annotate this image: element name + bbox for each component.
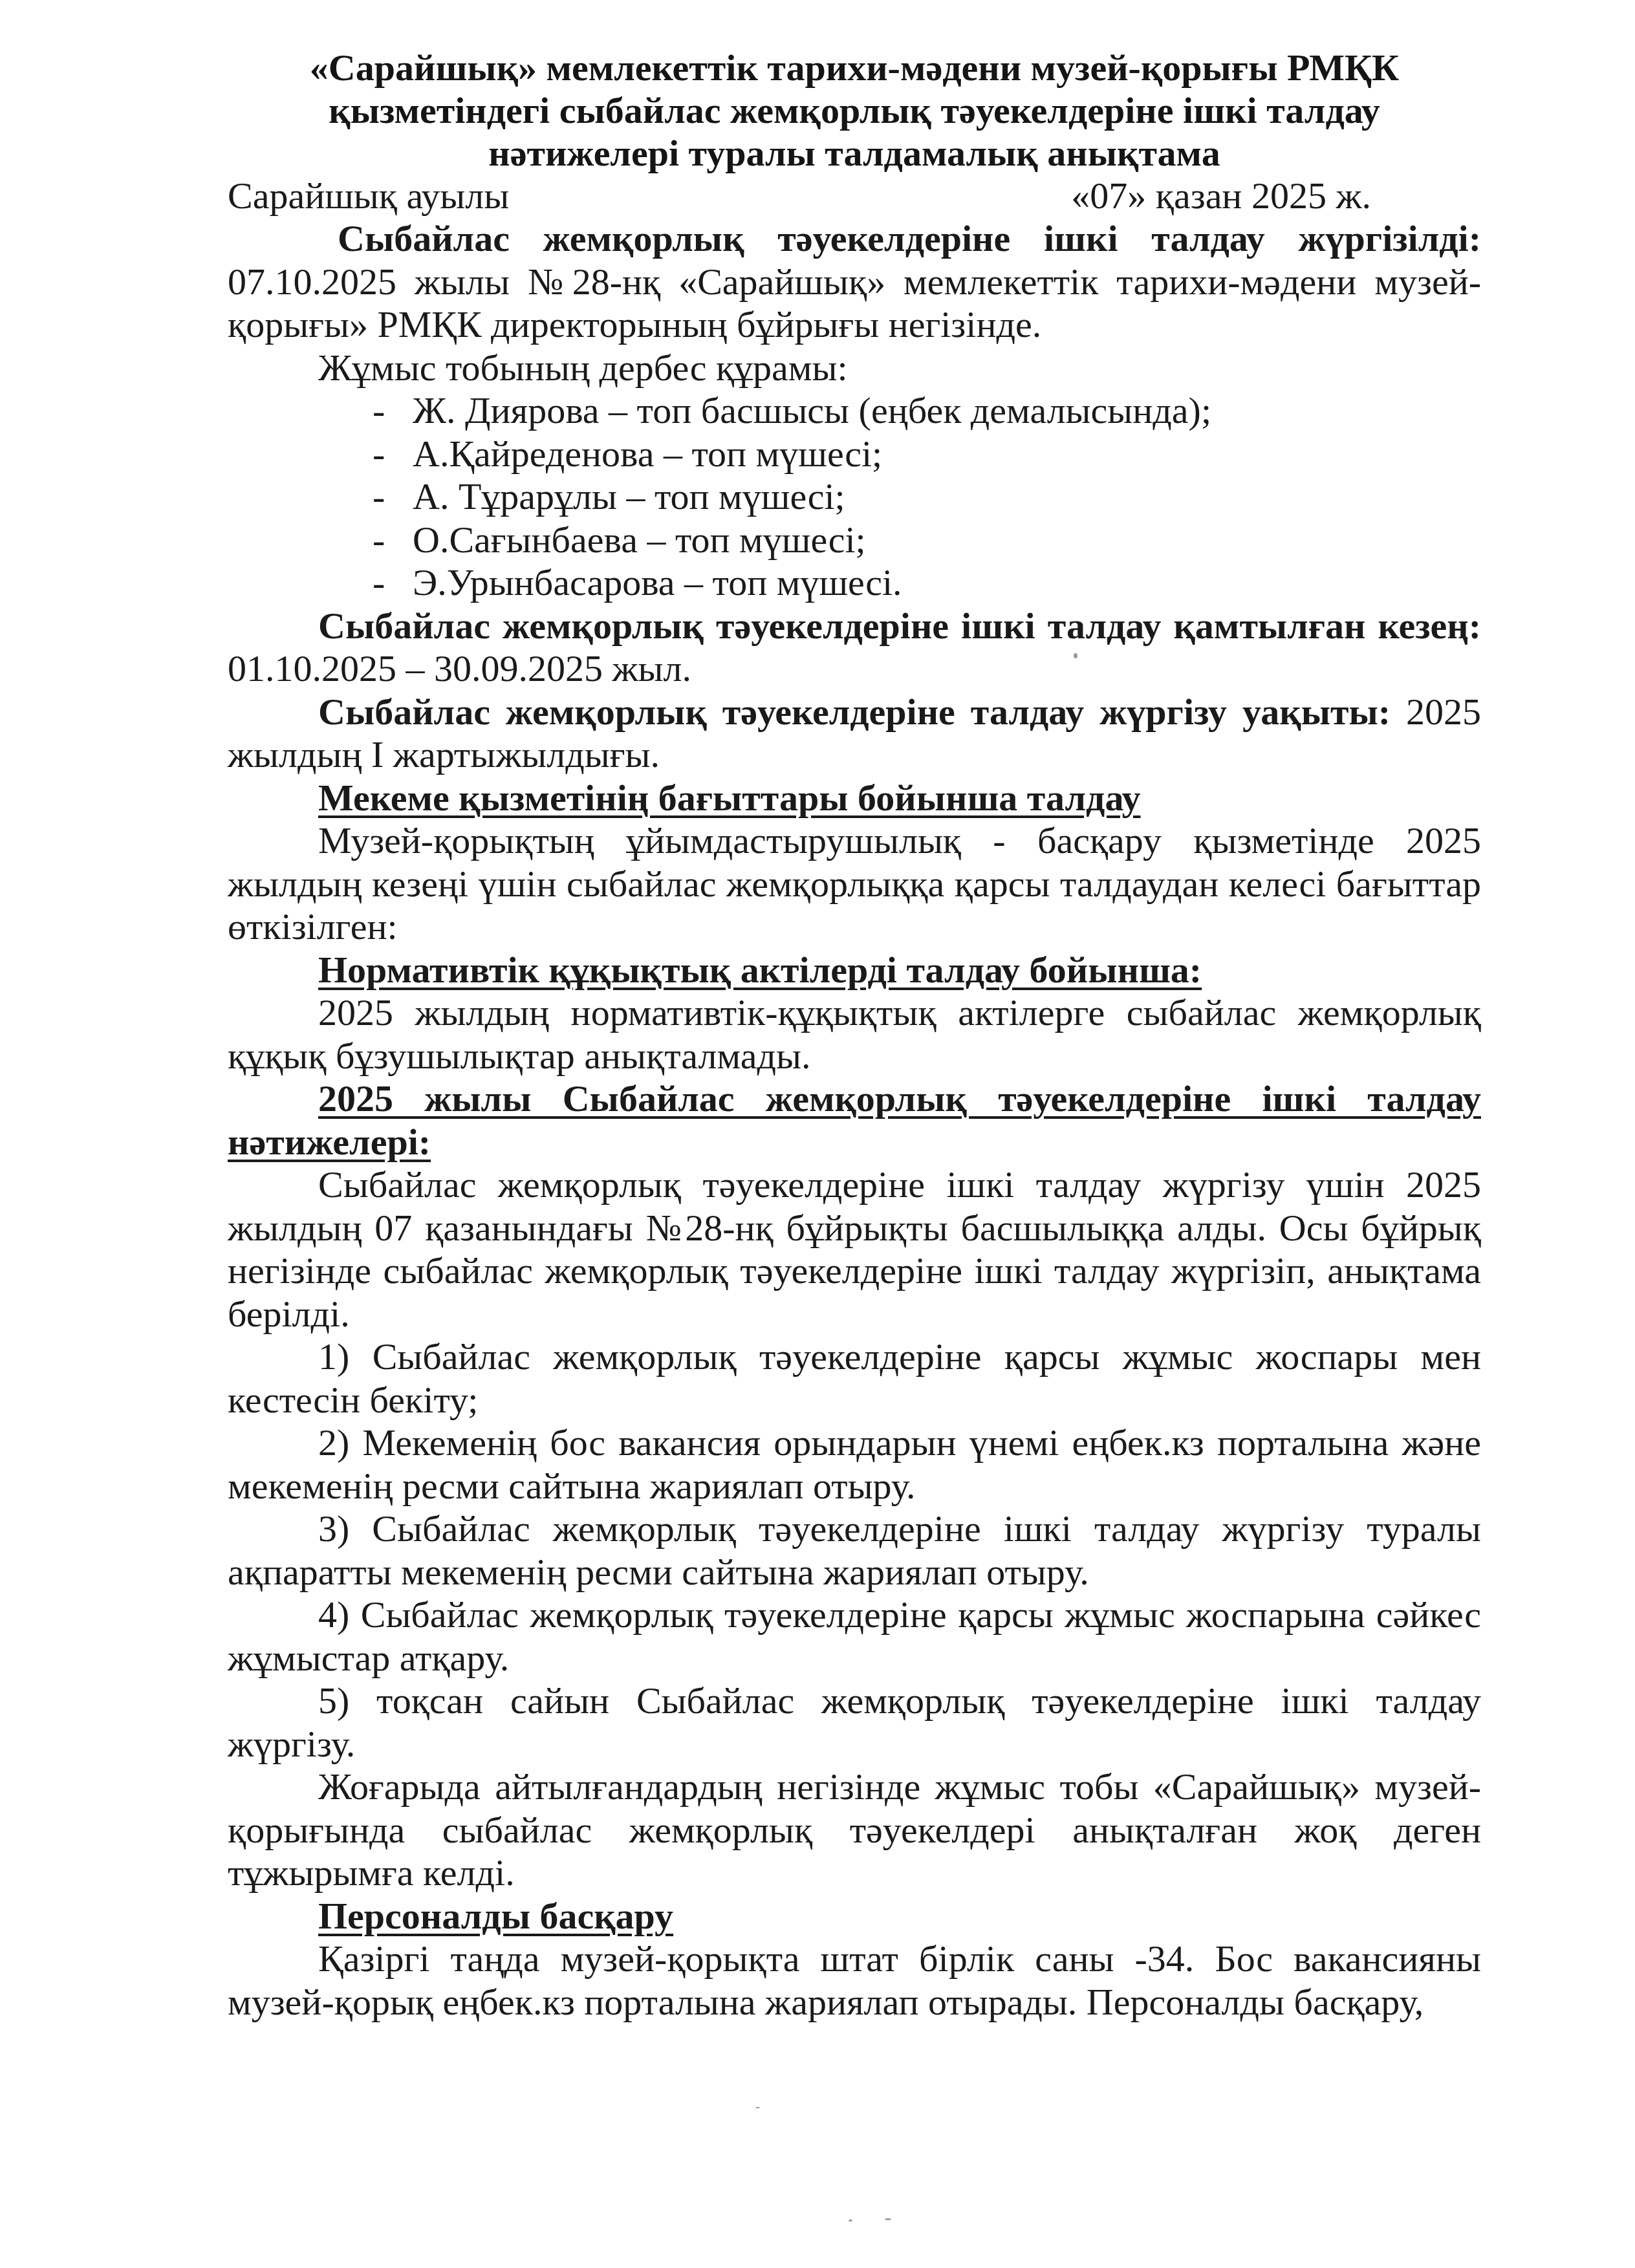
results-item: 5) тоқсан сайын Сыбайлас жемқорлық тәуек… [228,1679,1481,1766]
team-list: -Ж. Диярова – топ басшысы (еңбек демалыс… [228,389,1481,605]
results-item: 4) Сыбайлас жемқорлық тәуекелдеріне қарс… [228,1593,1481,1679]
results-item: 2) Мекеменің бос вакансия орындарын үнем… [228,1421,1481,1507]
scan-artifact [1074,653,1077,658]
bullet-dash: - [373,519,385,562]
period-paragraph: Сыбайлас жемқорлық тәуекелдеріне ішкі та… [228,605,1481,691]
results-heading: 2025 жылы Сыбайлас жемқорлық тәуекелдері… [228,1077,1481,1163]
conducted-text: 07.10.2025 жылы №28-нқ «Сарайшық» мемлек… [228,261,1481,346]
scan-artifact [849,2219,852,2221]
date: «07» қазан 2025 ж. [1071,175,1371,217]
conducted-label: Сыбайлас жемқорлық тәуекелдеріне ішкі та… [338,217,1481,259]
title-line: «Сарайшық» мемлекеттік тарихи-мәдени муз… [228,47,1481,89]
directions-heading: Мекеме қызметінің бағыттары бойынша талд… [228,777,1481,820]
results-item: 3) Сыбайлас жемқорлық тәуекелдеріне ішкі… [228,1507,1481,1593]
team-member: -О.Сағынбаева – топ мүшесі; [228,519,1481,562]
conducted-paragraph: Сыбайлас жемқорлық тәуекелдеріне ішкі та… [228,217,1481,347]
title-line: нәтижелері туралы талдамалық анықтама [228,132,1481,175]
document-page: «Сарайшық» мемлекеттік тарихи-мәдени муз… [228,47,1481,2024]
personnel-text: Қазіргі таңда музей-қорықта штат бірлік … [228,1938,1481,2024]
timing-paragraph: Сыбайлас жемқорлық тәуекелдеріне талдау … [228,691,1481,777]
place: Сарайшық ауылы [228,175,509,217]
scan-artifact [755,2107,760,2108]
bullet-dash: - [373,475,385,519]
conclusion-paragraph: Жоғарыда айтылғандардың негізінде жұмыс … [228,1766,1481,1895]
scan-artifact [885,2218,891,2220]
team-member: -Ж. Диярова – топ басшысы (еңбек демалыс… [228,389,1481,433]
team-member: -А. Тұрарұлы – топ мүшесі; [228,475,1481,519]
document-title: «Сарайшық» мемлекеттік тарихи-мәдени муз… [228,47,1481,175]
directions-text: Музей-қорықтың ұйымдастырушылық - басқар… [228,819,1481,949]
period-label: Сыбайлас жемқорлық тәуекелдеріне ішкі та… [318,605,1481,647]
team-label: Жұмыс тобының дербес құрамы: [228,347,1481,390]
team-member: -Э.Урынбасарова – топ мүшесі. [228,561,1481,605]
scan-artifact [395,1407,398,1410]
results-item: 1) Сыбайлас жемқорлық тәуекелдеріне қарс… [228,1335,1481,1421]
place-date-line: Сарайшық ауылы «07» қазан 2025 ж. [228,175,1481,217]
bullet-dash: - [373,389,385,433]
normative-heading: Нормативтік құқықтық актілерді талдау бо… [228,949,1481,992]
bullet-dash: - [373,561,385,605]
timing-label: Сыбайлас жемқорлық тәуекелдеріне талдау … [318,691,1391,733]
personnel-heading: Персоналды басқару [228,1895,1481,1938]
results-text: Сыбайлас жемқорлық тәуекелдеріне ішкі та… [228,1163,1481,1335]
bullet-dash: - [373,433,385,476]
title-line: қызметіндегі сыбайлас жемқорлық тәуекелд… [228,89,1481,132]
period-text: 01.10.2025 – 30.09.2025 жыл. [228,647,691,689]
normative-text: 2025 жылдың нормативтік-құқықтық актілер… [228,991,1481,1077]
team-member: -А.Қайреденова – топ мүшесі; [228,433,1481,476]
